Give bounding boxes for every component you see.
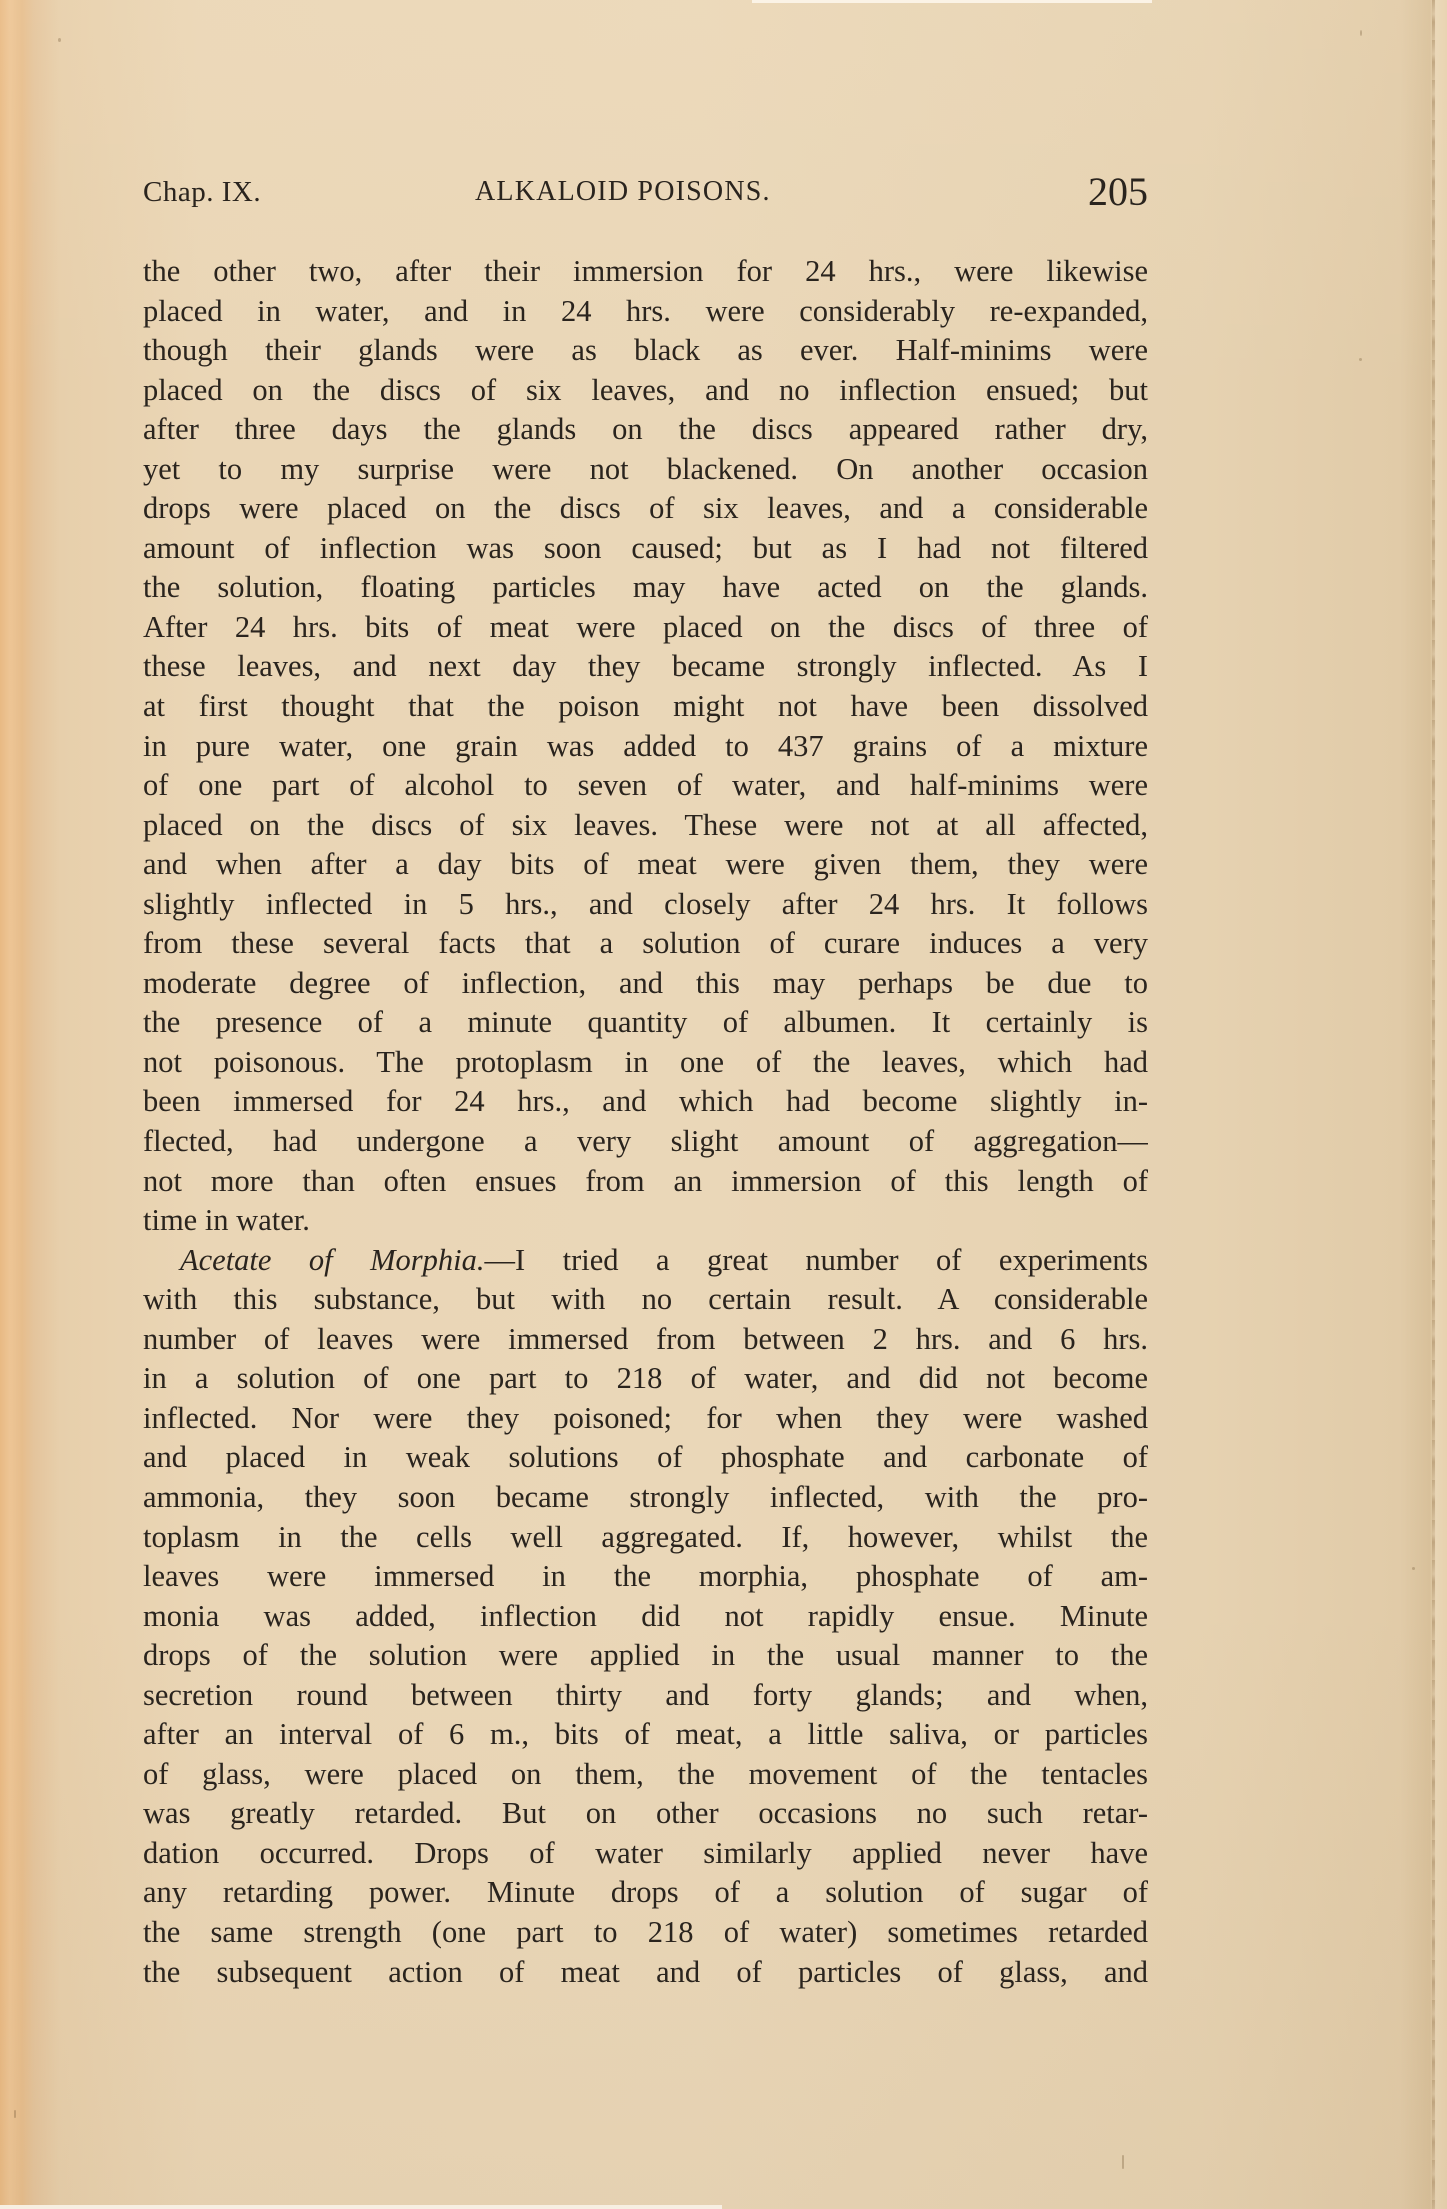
text-line: the subsequent action of meat and of par… — [143, 1953, 1148, 1993]
page-edge — [1432, 0, 1435, 2209]
text-line: ammonia, they soon became strongly infle… — [143, 1478, 1148, 1518]
text-line: with this substance, but with no certain… — [143, 1280, 1148, 1320]
paper-speck — [1359, 358, 1362, 361]
paper-speck — [1122, 2155, 1124, 2169]
text-line: dation occurred. Drops of water similarl… — [143, 1834, 1148, 1874]
text-line: and when after a day bits of meat were g… — [143, 845, 1148, 885]
text-line: the same strength (one part to 218 of wa… — [143, 1913, 1148, 1953]
scan-artifact-bottom — [0, 2205, 722, 2209]
text-line: toplasm in the cells well aggregated. If… — [143, 1518, 1148, 1558]
text-line: leaves were immersed in the morphia, pho… — [143, 1557, 1148, 1597]
page-number: 205 — [1088, 168, 1148, 215]
scan-artifact-top — [752, 0, 1152, 3]
text-line: placed on the discs of six leaves, and n… — [143, 371, 1148, 411]
text-line: secretion round between thirty and forty… — [143, 1676, 1148, 1716]
text-line: these leaves, and next day they became s… — [143, 647, 1148, 687]
text-line: at first thought that the poison might n… — [143, 687, 1148, 727]
text-line: inflected. Nor were they poisoned; for w… — [143, 1399, 1148, 1439]
text-run: —I tried a great number of experiments — [484, 1243, 1148, 1277]
text-line: of one part of alcohol to seven of water… — [143, 766, 1148, 806]
text-line: the presence of a minute quantity of alb… — [143, 1003, 1148, 1043]
text-line: after three days the glands on the discs… — [143, 410, 1148, 450]
paper-speck — [1412, 1567, 1415, 1570]
text-line: the solution, floating particles may hav… — [143, 568, 1148, 608]
text-line: from these several facts that a solution… — [143, 924, 1148, 964]
text-line: after an interval of 6 m., bits of meat,… — [143, 1715, 1148, 1755]
chapter-label: Chap. IX. — [143, 176, 261, 209]
book-page: Chap. IX. ALKALOID POISONS. 205 the othe… — [0, 0, 1447, 2209]
text-line: After 24 hrs. bits of meat were placed o… — [143, 608, 1148, 648]
text-line: flected, had undergone a very slight amo… — [143, 1122, 1148, 1162]
text-line: not poisonous. The protoplasm in one of … — [143, 1043, 1148, 1083]
paper-speck — [14, 2110, 16, 2118]
paper-speck — [1360, 30, 1362, 36]
text-line: number of leaves were immersed from betw… — [143, 1320, 1148, 1360]
text-line: though their glands were as black as eve… — [143, 331, 1148, 371]
text-line: was greatly retarded. But on other occas… — [143, 1794, 1148, 1834]
text-line: any retarding power. Minute drops of a s… — [143, 1873, 1148, 1913]
text-line: been immersed for 24 hrs., and which had… — [143, 1082, 1148, 1122]
text-line: of glass, were placed on them, the movem… — [143, 1755, 1148, 1795]
text-line: in a solution of one part to 218 of wate… — [143, 1359, 1148, 1399]
section-lead-italic: Acetate of Morphia. — [180, 1243, 484, 1277]
text-line: not more than often ensues from an immer… — [143, 1162, 1148, 1202]
paragraph-start-line: Acetate of Morphia.—I tried a great numb… — [143, 1241, 1148, 1281]
text-line: drops were placed on the discs of six le… — [143, 489, 1148, 529]
text-line: in pure water, one grain was added to 43… — [143, 727, 1148, 767]
running-head: Chap. IX. ALKALOID POISONS. 205 — [143, 168, 1148, 208]
running-title: ALKALOID POISONS. — [475, 176, 771, 208]
text-line: amount of inflection was soon caused; bu… — [143, 529, 1148, 569]
text-line: monia was added, inflection did not rapi… — [143, 1597, 1148, 1637]
paper-speck — [58, 38, 61, 42]
text-line: placed in water, and in 24 hrs. were con… — [143, 292, 1148, 332]
paragraph-end-line: time in water. — [143, 1201, 1148, 1241]
text-line: slightly inflected in 5 hrs., and closel… — [143, 885, 1148, 925]
text-line: the other two, after their immersion for… — [143, 252, 1148, 292]
text-line: moderate degree of inflection, and this … — [143, 964, 1148, 1004]
text-line: and placed in weak solutions of phosphat… — [143, 1438, 1148, 1478]
text-line: drops of the solution were applied in th… — [143, 1636, 1148, 1676]
text-line: yet to my surprise were not blackened. O… — [143, 450, 1148, 490]
text-line: placed on the discs of six leaves. These… — [143, 806, 1148, 846]
body-text: the other two, after their immersion for… — [143, 252, 1148, 1992]
